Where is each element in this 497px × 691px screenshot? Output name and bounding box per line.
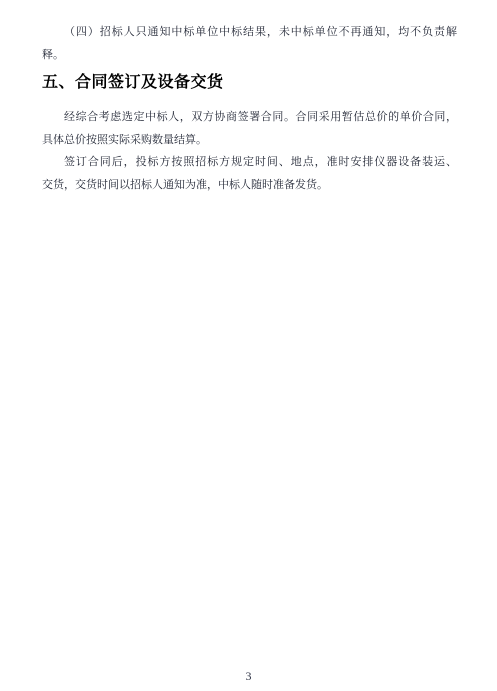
- document-page: （四）招标人只通知中标单位中标结果，未中标单位不再通知，均不负责解 释。 五、合…: [0, 0, 497, 691]
- contract-paragraph: 经综合考虑选定中标人，双方协商签署合同。合同采用暂估总价的单价合同， 具体总价按…: [42, 106, 457, 151]
- delivery-paragraph: 签订合同后，投标方按照招标方规定时间、地点，准时安排仪器设备装运、 交货，交货时…: [42, 151, 457, 196]
- contract-paragraph-line-2: 具体总价按照实际采购数量结算。: [42, 129, 457, 152]
- contract-paragraph-line-1: 经综合考虑选定中标人，双方协商签署合同。合同采用暂估总价的单价合同，: [42, 106, 457, 129]
- notice-clause-line-2: 释。: [42, 44, 457, 67]
- section-heading: 五、合同签订及设备交货: [42, 70, 457, 96]
- delivery-paragraph-line-1: 签订合同后，投标方按照招标方规定时间、地点，准时安排仪器设备装运、: [42, 151, 457, 174]
- notice-clause-paragraph: （四）招标人只通知中标单位中标结果，未中标单位不再通知，均不负责解 释。: [42, 21, 457, 66]
- page-number: 3: [0, 668, 497, 684]
- delivery-paragraph-line-2: 交货，交货时间以招标人通知为准，中标人随时准备发货。: [42, 174, 457, 197]
- notice-clause-line-1: （四）招标人只通知中标单位中标结果，未中标单位不再通知，均不负责解: [42, 21, 457, 44]
